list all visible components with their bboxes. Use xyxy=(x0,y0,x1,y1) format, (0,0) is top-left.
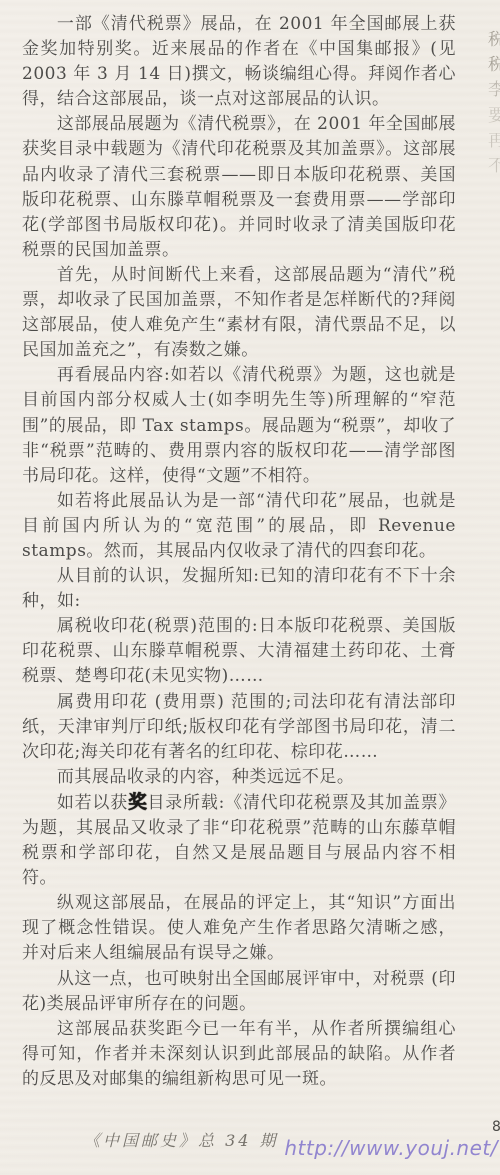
paragraph: 一部《清代税票》展品，在 2001 年全国邮展上获金奖加特别奖。近来展品的作者在… xyxy=(22,12,456,112)
article-body: 一部《清代税票》展品，在 2001 年全国邮展上获金奖加特别奖。近来展品的作者在… xyxy=(22,12,456,1092)
facing-page-bleed-strip: 税 税 李 要 再 不 xyxy=(488,28,500,179)
paragraph: 属税收印花(税票)范围的:日本版印花税票、美国版印花税票、山东滕草帽税票、大清福… xyxy=(22,614,456,689)
scanned-magazine-page: 一部《清代税票》展品，在 2001 年全国邮展上获金奖加特别奖。近来展品的作者在… xyxy=(0,0,500,1175)
paragraph: 这部展品展题为《清代税票》，在 2001 年全国邮展获奖目录中载题为《清代印花税… xyxy=(22,112,456,263)
paragraph: 纵观这部展品，在展品的评定上，其“知识”方面出现了概念性错误。使人难免产生作者思… xyxy=(22,891,456,966)
paragraph-with-inked-correction: 如若以获奖目录所载:《清代印花税票及其加盖票》为题，其展品又收录了非“印花税票”… xyxy=(22,790,456,891)
journal-issue-caption: 《中国邮史》总 34 期 xyxy=(84,1128,279,1151)
bleed-char: 税 xyxy=(488,53,500,78)
paragraph: 而其展品收录的内容，种类远远不足。 xyxy=(22,765,456,790)
bleed-char: 要 xyxy=(488,104,500,129)
paragraph: 再看展品内容:如若以《清代税票》为题，这也就是目前国内部分权威人士(如李明先生等… xyxy=(22,363,456,488)
hand-inked-award-character: 奖 xyxy=(128,791,147,813)
bleed-char: 再 xyxy=(488,129,500,154)
paragraph: 属费用印花 (费用票) 范围的;司法印花有清法部印纸，天津审判厅印纸;版权印花有… xyxy=(22,690,456,765)
paragraph: 首先，从时间断代上来看，这部展品题为“清代”税票，却收录了民国加盖票，不知作者是… xyxy=(22,263,456,363)
page-edge-mark: 8 xyxy=(492,1119,500,1135)
paragraph: 从这一点，也可映射出全国邮展评审中，对税票 (印花)类展品评审所存在的问题。 xyxy=(22,967,456,1017)
paragraph: 这部展品获奖距今已一年有半，从作者所撰编组心得可知，作者并未深刻认识到此部展品的… xyxy=(22,1017,456,1092)
paragraph-text-pre: 如若以获 xyxy=(57,793,128,813)
paragraph: 如若将此展品认为是一部“清代印花”展品，也就是目前国内所认为的“宽范围”的展品，… xyxy=(22,489,456,564)
paragraph: 从目前的认识，发掘所知:已知的清印花有不下十余种，如: xyxy=(22,564,456,614)
watermark-url: http://www.youj.net/ xyxy=(284,1136,498,1160)
bleed-char: 李 xyxy=(488,78,500,103)
bleed-char: 税 xyxy=(488,28,500,53)
bleed-char: 不 xyxy=(488,154,500,179)
